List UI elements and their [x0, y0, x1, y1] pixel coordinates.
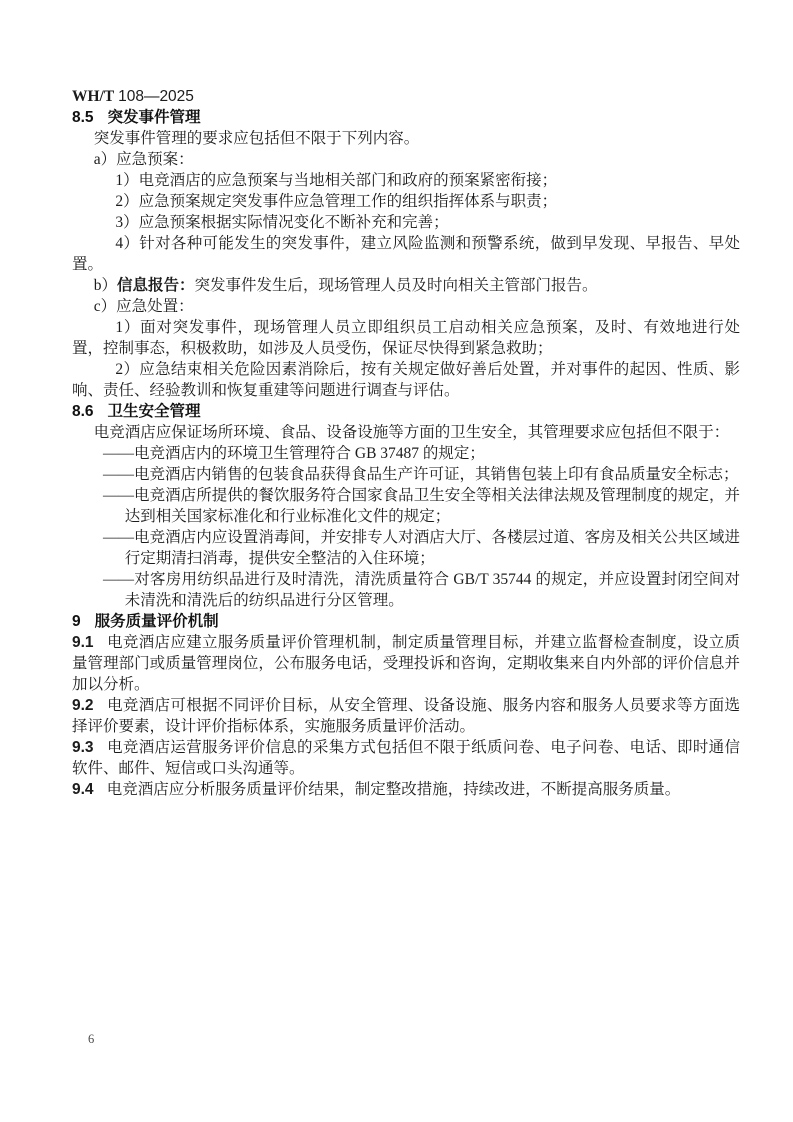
- paragraph-intro-8-6: 电竞酒店应保证场所环境、食品、设备设施等方面的卫生安全，其管理要求应包括但不限于…: [72, 422, 740, 443]
- section-number: 8.5: [72, 107, 94, 128]
- clause-9-2: 9.2电竞酒店可根据不同评价目标，从安全管理、设备设施、服务内容和服务人员要求等…: [72, 695, 740, 737]
- clause-9-3: 9.3电竞酒店运营服务评价信息的采集方式包括但不限于纸质问卷、电子问卷、电话、即…: [72, 737, 740, 779]
- page-number: 6: [88, 1032, 94, 1047]
- section-title: 服务质量评价机制: [95, 613, 219, 630]
- document-code: WH/T 108—2025: [72, 86, 740, 107]
- sub-list-item-c1: 1）面对突发事件，现场管理人员立即组织员工启动相关应急预案，及时、有效地进行处置…: [72, 317, 740, 359]
- sub-list-item-c2: 2）应急结束相关危险因素消除后，按有关规定做好善后处置，并对事件的起因、性质、影…: [72, 359, 740, 401]
- clause-9-4: 9.4电竞酒店应分析服务质量评价结果，制定整改措施，持续改进，不断提高服务质量。: [72, 779, 740, 800]
- dash-list-item-3: ——电竞酒店所提供的餐饮服务符合国家食品卫生安全等相关法律法规及管理制度的规定，…: [72, 485, 740, 527]
- section-number: 9: [72, 611, 81, 632]
- clause-text: 电竞酒店应建立服务质量评价管理机制，制定质量管理目标，并建立监督检查制度，设立质…: [72, 634, 740, 693]
- section-number: 8.6: [72, 401, 94, 422]
- clause-number: 9.3: [72, 737, 94, 758]
- list-item-b-label: b）: [94, 277, 117, 294]
- section-heading-9: 9服务质量评价机制: [72, 611, 740, 632]
- dash-list-item-1: ——电竞酒店内的环境卫生管理符合 GB 37487 的规定；: [72, 443, 740, 464]
- list-item-a: a）应急预案：: [94, 149, 740, 170]
- document-code-prefix: WH/T: [72, 88, 114, 105]
- list-item-b: b）信息报告：突发事件发生后，现场管理人员及时向相关主管部门报告。: [94, 275, 740, 296]
- clause-number: 9.2: [72, 695, 94, 716]
- list-item-b-text: 突发事件发生后，现场管理人员及时向相关主管部门报告。: [194, 277, 597, 294]
- sub-list-item-a2: 2）应急预案规定突发事件应急管理工作的组织指挥体系与职责；: [72, 191, 740, 212]
- sub-list-item-a3: 3）应急预案根据实际情况变化不断补充和完善；: [72, 212, 740, 233]
- section-title: 突发事件管理: [108, 109, 201, 126]
- document-code-number: 108—2025: [118, 88, 194, 105]
- clause-text: 电竞酒店应分析服务质量评价结果，制定整改措施，持续改进，不断提高服务质量。: [107, 781, 681, 798]
- dash-list-item-5: ——对客房用纺织品进行及时清洗，清洗质量符合 GB/T 35744 的规定，并应…: [72, 569, 740, 611]
- section-title: 卫生安全管理: [108, 403, 201, 420]
- document-page: WH/T 108—2025 8.5突发事件管理 突发事件管理的要求应包括但不限于…: [0, 0, 793, 1122]
- clause-number: 9.1: [72, 632, 94, 653]
- clause-number: 9.4: [72, 779, 94, 800]
- clause-9-1: 9.1电竞酒店应建立服务质量评价管理机制，制定质量管理目标，并建立监督检查制度，…: [72, 632, 740, 695]
- sub-list-item-a4: 4）针对各种可能发生的突发事件，建立风险监测和预警系统，做到早发现、早报告、早处…: [72, 233, 740, 275]
- section-heading-8-5: 8.5突发事件管理: [72, 107, 740, 128]
- document-content: WH/T 108—2025 8.5突发事件管理 突发事件管理的要求应包括但不限于…: [72, 86, 740, 800]
- clause-text: 电竞酒店运营服务评价信息的采集方式包括但不限于纸质问卷、电子问卷、电话、即时通信…: [72, 739, 740, 777]
- list-item-c: c）应急处置：: [94, 296, 740, 317]
- dash-list-item-4: ——电竞酒店内应设置消毒间，并安排专人对酒店大厅、各楼层过道、客房及相关公共区域…: [72, 527, 740, 569]
- sub-list-item-a1: 1）电竞酒店的应急预案与当地相关部门和政府的预案紧密衔接；: [72, 170, 740, 191]
- list-item-b-runin: 信息报告：: [117, 277, 195, 294]
- clause-text: 电竞酒店可根据不同评价目标，从安全管理、设备设施、服务内容和服务人员要求等方面选…: [72, 697, 740, 735]
- section-heading-8-6: 8.6卫生安全管理: [72, 401, 740, 422]
- paragraph-intro-8-5: 突发事件管理的要求应包括但不限于下列内容。: [72, 128, 740, 149]
- dash-list-item-2: ——电竞酒店内销售的包装食品获得食品生产许可证，其销售包装上印有食品质量安全标志…: [72, 464, 740, 485]
